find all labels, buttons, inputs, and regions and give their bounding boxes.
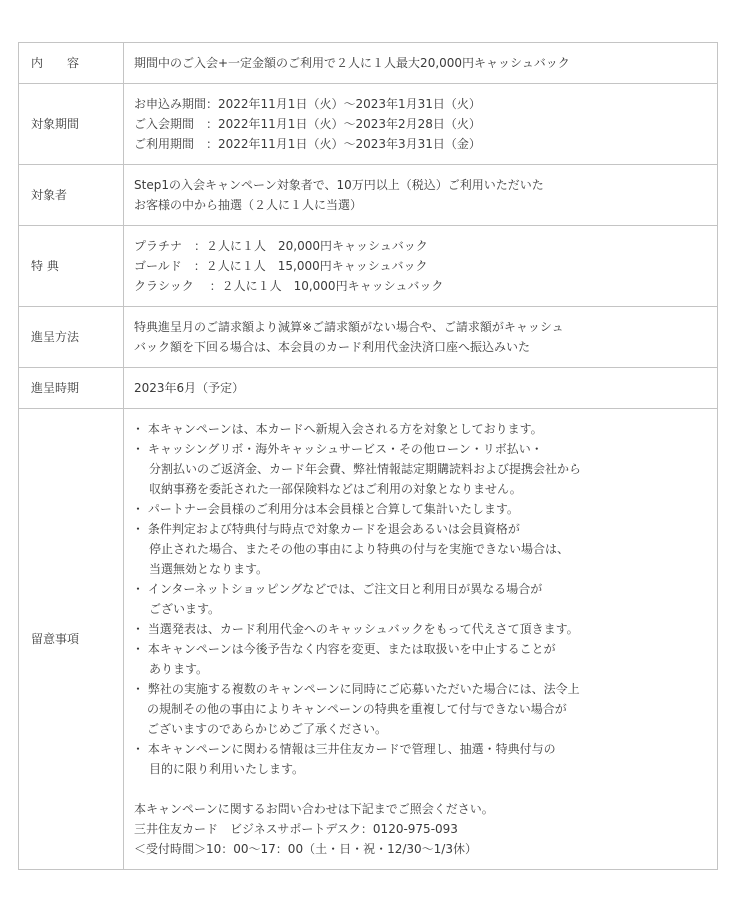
application-period: お申込み期間：2022年11月1日（火）～2023年1月31日（火）	[134, 94, 709, 114]
target-line: Step1の入会キャンペーン対象者で、10万円以上（税込）ご利用いただいた	[134, 175, 709, 195]
campaign-details-table: 内 容 期間中のご入会+一定金額のご利用で２人に１人最大20,000円キャッシュ…	[18, 42, 718, 870]
note-continuation: 停止された場合、またその他の事由により特典の付与を実施できない場合は、	[132, 539, 709, 559]
note-continuation: ございます。	[132, 599, 709, 619]
note-item: ・ 条件判定および特典付与時点で対象カードを退会あるいは会員資格が	[132, 519, 709, 539]
note-continuation: 当選無効となります。	[132, 559, 709, 579]
table-row-target: 対象者 Step1の入会キャンペーン対象者で、10万円以上（税込）ご利用いただい…	[19, 165, 718, 226]
note-item: ・ 当選発表は、カード利用代金へのキャッシュバックをもって代えさて頂きます。	[132, 619, 709, 639]
enrollment-period: ご入会期間 ：2022年11月1日（火）～2023年2月28日（火）	[134, 114, 709, 134]
row-label: 内 容	[19, 43, 124, 84]
table-row-timing: 進呈時期 2023年6月（予定）	[19, 368, 718, 409]
row-value: お申込み期間：2022年11月1日（火）～2023年1月31日（火） ご入会期間…	[124, 84, 718, 165]
row-label: 留意事項	[19, 409, 124, 870]
row-value: 期間中のご入会+一定金額のご利用で２人に１人最大20,000円キャッシュバック	[124, 43, 718, 84]
note-continuation: の規制その他の事由によりキャンペーンの特典を重複して付与できない場合が	[132, 699, 709, 719]
note-item: ・ 本キャンペーンに関わる情報は三井住友カードで管理し、抽選・特典付与の	[132, 739, 709, 759]
row-value: 特典進呈月のご請求額より減算※ご請求額がない場合や、ご請求額がキャッシュ バック…	[124, 307, 718, 368]
row-label: 対象期間	[19, 84, 124, 165]
row-value: Step1の入会キャンペーン対象者で、10万円以上（税込）ご利用いただいた お客…	[124, 165, 718, 226]
note-item: ・ インターネットショッピングなどでは、ご注文日と利用日が異なる場合が	[132, 579, 709, 599]
note-continuation: 分割払いのご返済金、カード年会費、弊社情報誌定期購読料および提携会社から	[132, 459, 709, 479]
method-line: 特典進呈月のご請求額より減算※ご請求額がない場合や、ご請求額がキャッシュ	[134, 317, 709, 337]
note-item: ・ 本キャンペーンは、本カードへ新規入会される方を対象としております。	[132, 419, 709, 439]
benefit-gold: ゴールド ：２人に１人 15,000円キャッシュバック	[134, 256, 709, 276]
note-item: ・ 本キャンペーンは今後予告なく内容を変更、または取扱いを中止することが	[132, 639, 709, 659]
note-item: ・ キャッシングリボ・海外キャッシュサービス・その他ローン・リボ払い・	[132, 439, 709, 459]
table-row-notes: 留意事項 ・ 本キャンペーンは、本カードへ新規入会される方を対象としております。…	[19, 409, 718, 870]
note-item: ・ パートナー会員様のご利用分は本会員様と合算して集計いたします。	[132, 499, 709, 519]
table-row-method: 進呈方法 特典進呈月のご請求額より減算※ご請求額がない場合や、ご請求額がキャッシ…	[19, 307, 718, 368]
contact-intro: 本キャンペーンに関するお問い合わせは下記までご照会ください。	[132, 799, 709, 819]
timing-text: 2023年6月（予定）	[134, 378, 709, 398]
note-continuation: 収納事務を委託された一部保険料などはご利用の対象となりません。	[132, 479, 709, 499]
table-row-period: 対象期間 お申込み期間：2022年11月1日（火）～2023年1月31日（火） …	[19, 84, 718, 165]
row-label: 進呈方法	[19, 307, 124, 368]
method-line: バック額を下回る場合は、本会員のカード利用代金決済口座へ振込みいた	[134, 337, 709, 357]
target-line: お客様の中から抽選（２人に１人に当選）	[134, 195, 709, 215]
contact-desk: 三井住友カード ビジネスサポートデスク：0120-975-093	[132, 819, 709, 839]
row-value: 2023年6月（予定）	[124, 368, 718, 409]
benefit-platinum: プラチナ ：２人に１人 20,000円キャッシュバック	[134, 236, 709, 256]
row-label: 対象者	[19, 165, 124, 226]
table-row-benefit: 特 典 プラチナ ：２人に１人 20,000円キャッシュバック ゴールド ：２人…	[19, 226, 718, 307]
row-label: 特 典	[19, 226, 124, 307]
row-value: ・ 本キャンペーンは、本カードへ新規入会される方を対象としております。 ・ キャ…	[124, 409, 718, 870]
content-text: 期間中のご入会+一定金額のご利用で２人に１人最大20,000円キャッシュバック	[134, 53, 709, 73]
contact-hours: ＜受付時間＞10：00～17：00（土・日・祝・12/30～1/3休）	[132, 839, 709, 859]
table-row-content: 内 容 期間中のご入会+一定金額のご利用で２人に１人最大20,000円キャッシュ…	[19, 43, 718, 84]
note-item: ・ 弊社の実施する複数のキャンペーンに同時にご応募いただいた場合には、法令上	[132, 679, 709, 699]
note-continuation: ございますのであらかじめご了承ください。	[132, 719, 709, 739]
row-label: 進呈時期	[19, 368, 124, 409]
benefit-classic: クラシック ：２人に１人 10,000円キャッシュバック	[134, 276, 709, 296]
note-continuation: あります。	[132, 659, 709, 679]
spacer	[132, 779, 709, 799]
note-continuation: 目的に限り利用いたします。	[132, 759, 709, 779]
usage-period: ご利用期間 ：2022年11月1日（火）～2023年3月31日（金）	[134, 134, 709, 154]
row-value: プラチナ ：２人に１人 20,000円キャッシュバック ゴールド ：２人に１人 …	[124, 226, 718, 307]
